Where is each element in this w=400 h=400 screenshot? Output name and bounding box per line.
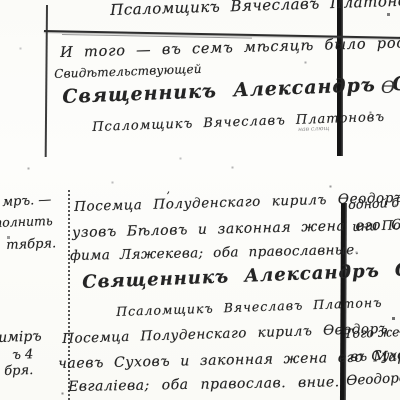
margin-note: ъ 4 xyxy=(12,348,34,362)
margin-note: полнить xyxy=(0,215,53,230)
psalmist-header-line: Псаломщикъ Вячеславъ Платоновъ xyxy=(110,0,400,18)
right-column-fragment: Того же м xyxy=(344,326,400,341)
right-column-fragment: Ѳеодоров xyxy=(346,371,400,388)
paper-speckles xyxy=(0,0,1,1)
right-column-fragment: въ Сухо xyxy=(350,349,400,364)
scanned-register-page: Псаломщикъ Вячеславъ Платоновъ И того — … xyxy=(0,0,400,400)
margin-note: мръ. — xyxy=(2,193,52,209)
entry2-text-line: чаевъ Суховъ и законная жена его Мар xyxy=(58,350,400,371)
right-column-fragment: ини Пор xyxy=(352,219,400,234)
entry2-text-line: Евгаліева; оба православ. вние. xyxy=(68,375,340,394)
margin-note: тября. xyxy=(6,237,56,252)
entry1-text-line: фима Ляжекева; оба православные. xyxy=(70,244,359,264)
right-column-flourish: Ѳ xyxy=(381,80,395,97)
right-column-fragment: одной бра xyxy=(348,196,400,211)
entry1-text-line: узовъ Бѣловъ и законная жена его Сер xyxy=(72,217,400,240)
attestation-line: Свидѣтельствующей xyxy=(54,63,202,80)
margin-note: имiръ xyxy=(0,329,42,345)
margin-note: бря. xyxy=(4,364,33,378)
priest-signature-bottom: Священникъ Александръ Садниевъ xyxy=(82,258,400,292)
column-rule-left-top xyxy=(45,5,48,157)
faint-marginal-note: нав слющ xyxy=(298,126,330,133)
